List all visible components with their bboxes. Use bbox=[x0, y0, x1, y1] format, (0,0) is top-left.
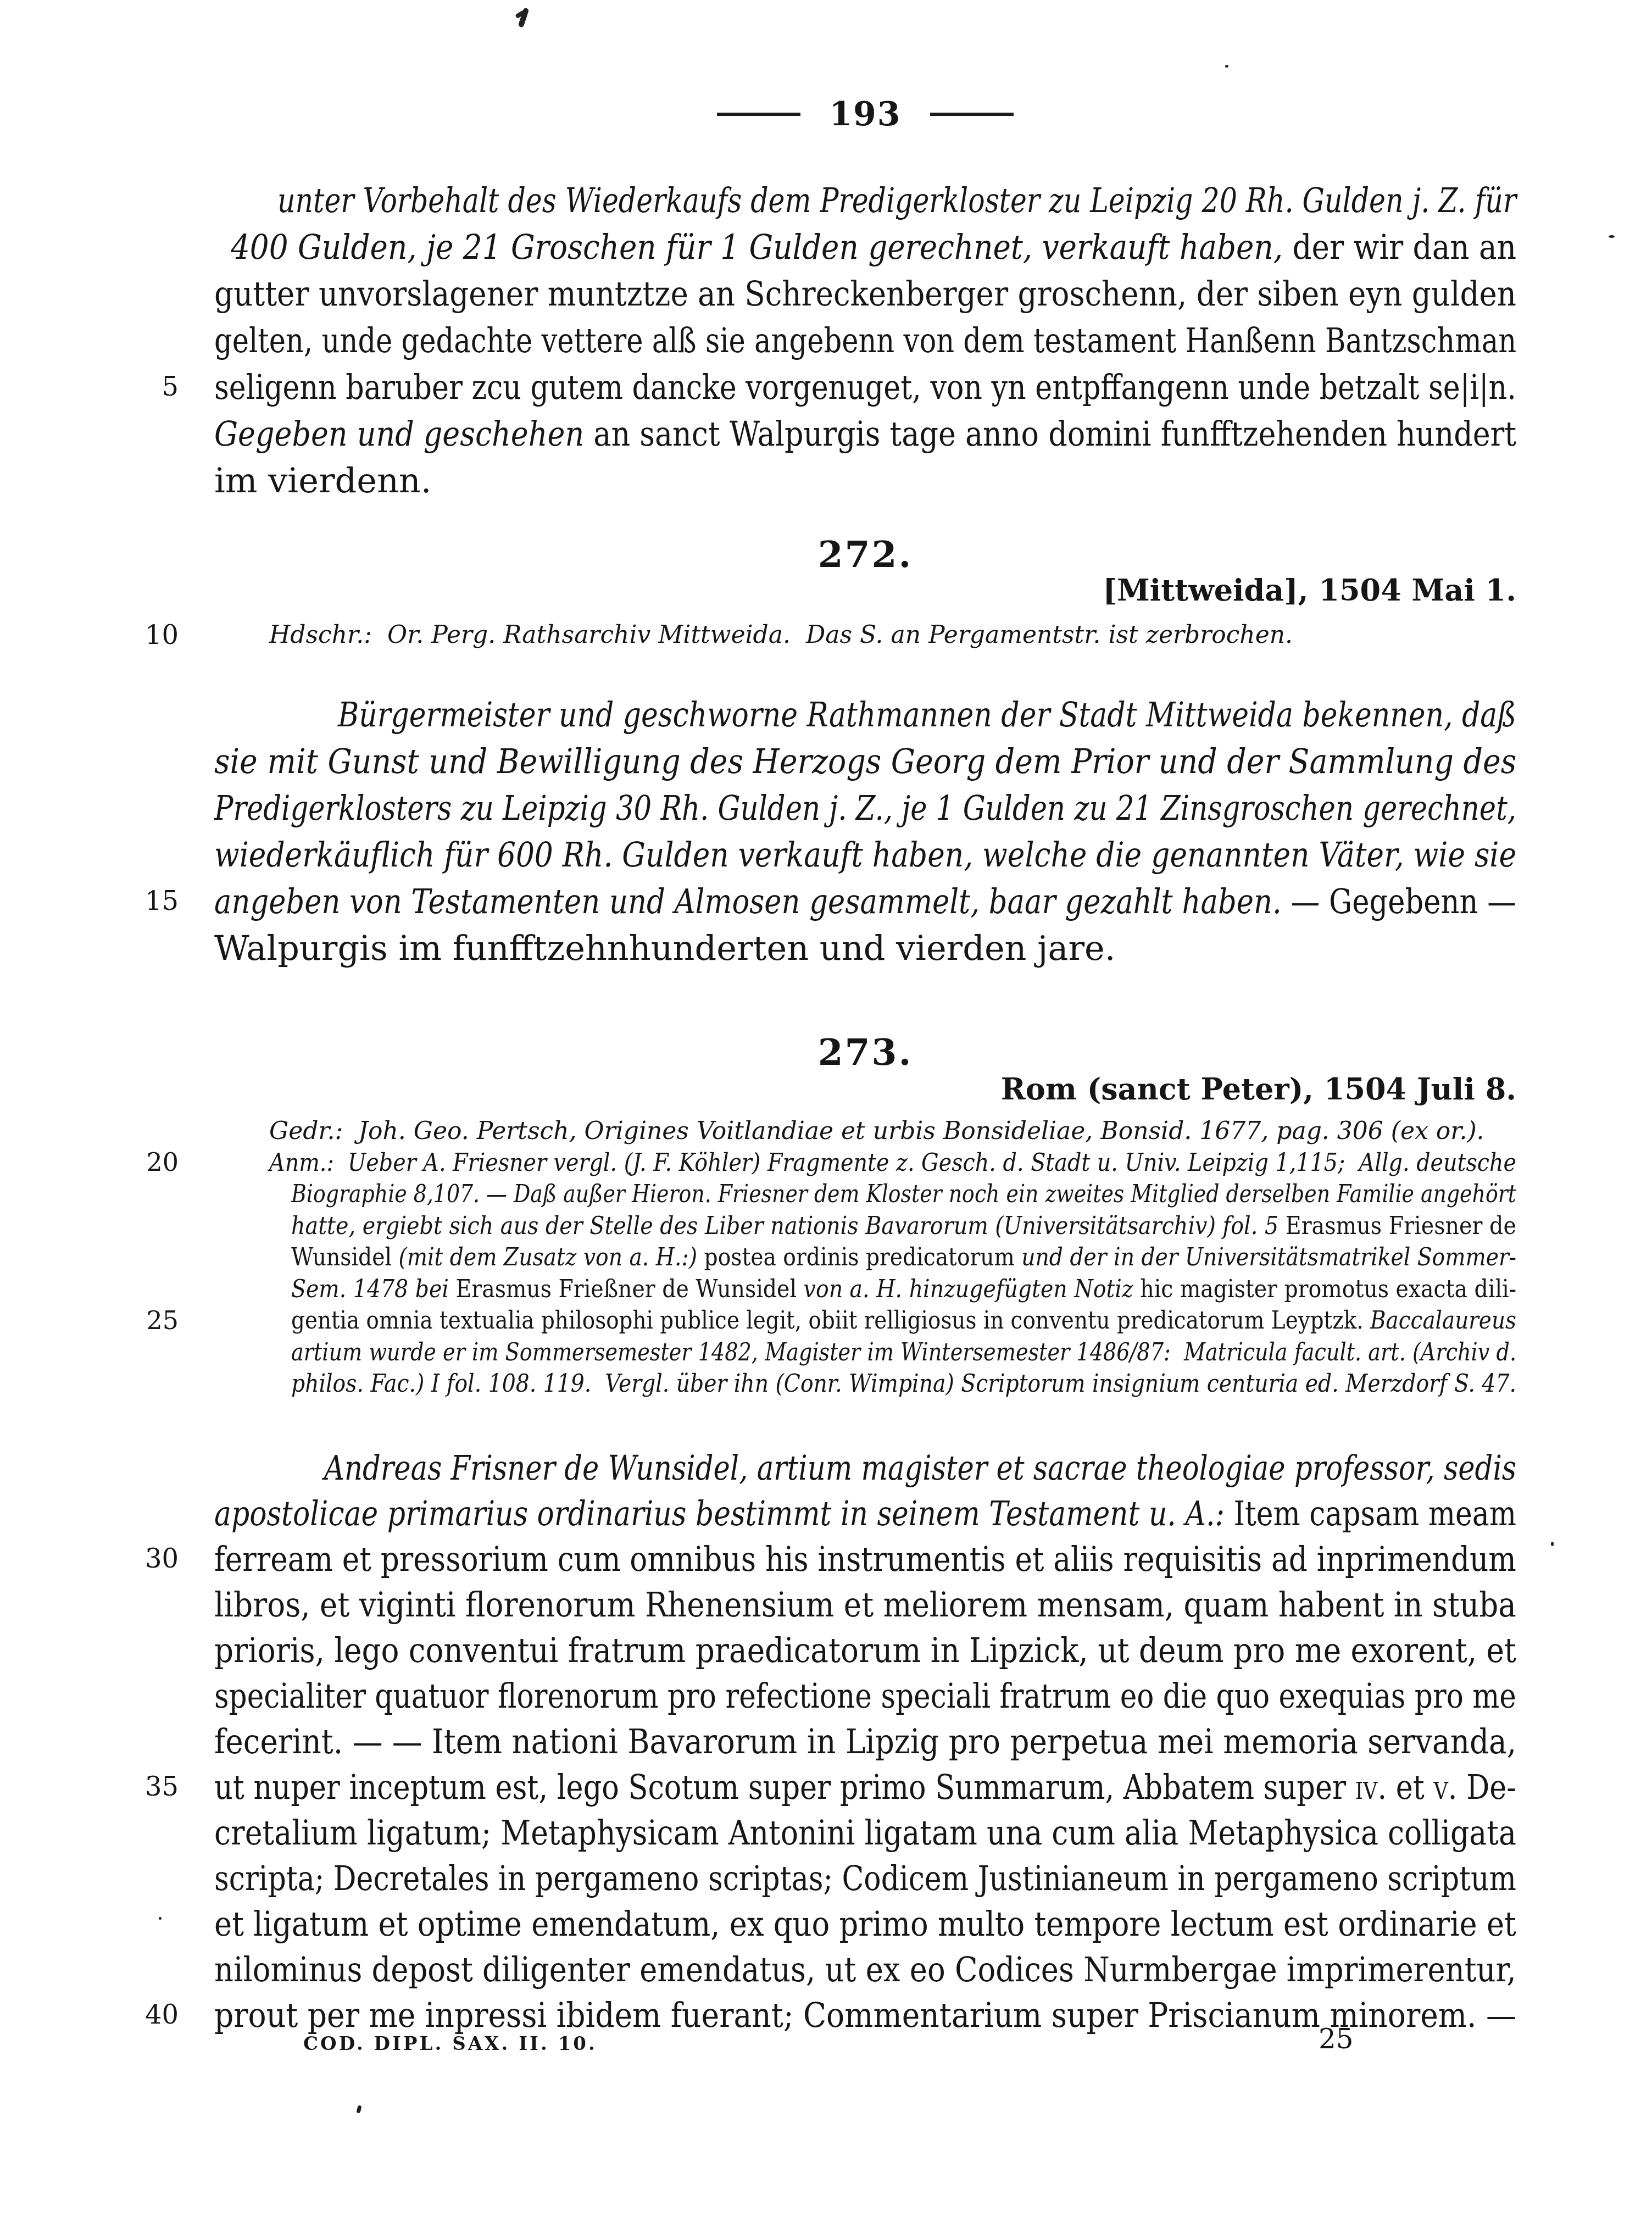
margin-line-number-5: 5 bbox=[118, 364, 179, 410]
note-line: hatte, ergiebt sich aus der Stelle des L… bbox=[214, 1210, 1516, 1242]
footer-sheet-number: 25 bbox=[1319, 2023, 1354, 2055]
text-line: Bürgermeister und geschworne Rathmannen … bbox=[214, 691, 1516, 738]
note-line: Sem. 1478 bei Erasmus Frießner de Wunsid… bbox=[214, 1274, 1516, 1305]
ink-speck bbox=[159, 1917, 162, 1920]
margin-line-number-35: 35 bbox=[118, 1764, 179, 1810]
text-line: seligenn baruber zcu gutem dancke vorgen… bbox=[214, 364, 1516, 410]
note-line: Anm.: Ueber A. Friesner vergl. (J. F. Kö… bbox=[214, 1147, 1516, 1179]
margin-line-number-15: 15 bbox=[118, 878, 179, 925]
ink-speck bbox=[1551, 1542, 1554, 1546]
note-line: Wunsidel (mit dem Zusatz von a. H.:) pos… bbox=[214, 1242, 1516, 1274]
text-line: ferream et pressorium cum omnibus his in… bbox=[214, 1536, 1516, 1582]
margin-line-number-25: 25 bbox=[118, 1305, 179, 1337]
margin-line-number-20: 20 bbox=[118, 1147, 179, 1179]
text-line: apostolicae primarius ordinarius bestimm… bbox=[214, 1491, 1516, 1536]
ink-speck bbox=[1225, 65, 1228, 68]
text-line: cretalium ligatum; Metaphysicam Antonini… bbox=[214, 1810, 1516, 1855]
margin-line-number-30: 30 bbox=[118, 1536, 179, 1582]
text-line: prioris, lego conventui fratrum praedica… bbox=[214, 1627, 1516, 1673]
page-number: 193 bbox=[829, 95, 901, 134]
text-line: gelten, unde gedachte vettere alß sie an… bbox=[214, 317, 1516, 364]
text-line: fecerint. — — Item nationi Bavarorum in … bbox=[214, 1719, 1516, 1764]
margin-line-number-10: 10 bbox=[118, 619, 179, 652]
text-line: scripta; Decretales in pergameno scripta… bbox=[214, 1855, 1516, 1901]
text-line: sie mit Gunst und Bewilligung des Herzog… bbox=[214, 738, 1516, 785]
margin-line-number-40: 40 bbox=[118, 1992, 179, 2038]
text-line: Gegeben und geschehen an sanct Walpurgis… bbox=[214, 410, 1516, 457]
entry-271-continuation: unter Vorbehalt des Wiederkaufs dem Pred… bbox=[214, 177, 1516, 504]
entry-272-source: Hdschr.: Or. Perg. Rathsarchiv Mittweida… bbox=[214, 619, 1516, 652]
text-line: specialiter quatuor florenorum pro refec… bbox=[214, 1673, 1516, 1719]
scanned-document-page: 193 5 10 15 20 25 30 35 40 unter Vorbeha… bbox=[0, 0, 1652, 2234]
entry-273-number: 273. bbox=[214, 1031, 1516, 1074]
note-line: Gedr.: Joh. Geo. Pertsch, Origines Voitl… bbox=[214, 1115, 1516, 1147]
entry-272-body: Bürgermeister und geschworne Rathmannen … bbox=[214, 691, 1516, 971]
text-line: gutter unvorslagener muntztze an Schreck… bbox=[214, 270, 1516, 317]
text-line: im vierdenn. bbox=[214, 457, 1516, 504]
text-line: libros, et viginti florenorum Rhenensium… bbox=[214, 1582, 1516, 1627]
header-rule-right bbox=[930, 113, 1014, 116]
ink-speck bbox=[1609, 235, 1615, 238]
header-rule-left bbox=[717, 113, 800, 116]
text-line: unter Vorbehalt des Wiederkaufs dem Pred… bbox=[214, 177, 1516, 224]
note-line: philos. Fac.) I fol. 108. 119. Vergl. üb… bbox=[214, 1368, 1516, 1400]
note-line: gentia omnia textualia philosophi public… bbox=[214, 1305, 1516, 1337]
text-line: ut nuper inceptum est, lego Scotum super… bbox=[214, 1764, 1516, 1810]
ink-speck bbox=[356, 2105, 361, 2113]
text-line: et ligatum et optime emendatum, ex quo p… bbox=[214, 1901, 1516, 1947]
text-line: nilominus depost diligenter emendatus, u… bbox=[214, 1947, 1516, 1992]
text-line: 400 Gulden, je 21 Groschen für 1 Gulden … bbox=[214, 224, 1516, 270]
entry-272-date: [Mittweida], 1504 Mai 1. bbox=[214, 573, 1516, 608]
text-line: Andreas Frisner de Wunsidel, artium magi… bbox=[214, 1445, 1516, 1491]
text-line: angeben von Testamenten und Almosen gesa… bbox=[214, 878, 1516, 925]
note-line: artium wurde er im Sommersemester 1482, … bbox=[214, 1337, 1516, 1369]
entry-273-notes: Gedr.: Joh. Geo. Pertsch, Origines Voitl… bbox=[214, 1115, 1516, 1400]
entry-273-date: Rom (sanct Peter), 1504 Juli 8. bbox=[214, 1071, 1516, 1107]
entry-272-number: 272. bbox=[214, 533, 1516, 576]
text-line: wiederkäuflich für 600 Rh. Gulden verkau… bbox=[214, 831, 1516, 878]
footer-series-title: COD. DIPL. SAX. II. 10. bbox=[303, 2033, 597, 2055]
note-line: Biographie 8,107. — Daß außer Hieron. Fr… bbox=[214, 1179, 1516, 1210]
text-line: Walpurgis im funfftzehnhunderten und vie… bbox=[214, 925, 1516, 971]
page-header: 193 bbox=[214, 92, 1516, 136]
entry-272-source-block: Hdschr.: Or. Perg. Rathsarchiv Mittweida… bbox=[214, 619, 1516, 652]
entry-273-body: Andreas Frisner de Wunsidel, artium magi… bbox=[214, 1445, 1516, 2038]
text-line: Predigerklosters zu Leipzig 30 Rh. Gulde… bbox=[214, 785, 1516, 831]
